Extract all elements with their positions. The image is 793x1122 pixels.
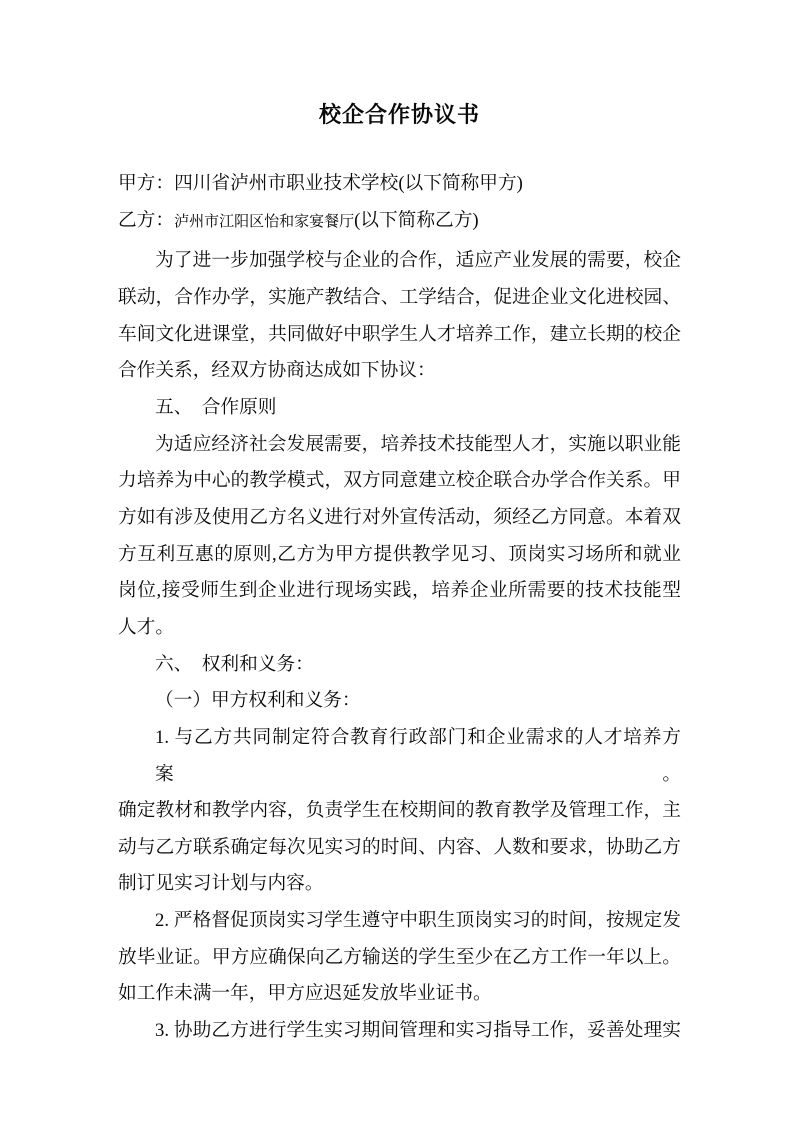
document-line: 联动，合作办学，实施产教结合、工学结合，促进企业文化进校园、	[118, 280, 681, 317]
document-line: 制订见实习计划与内容。	[118, 866, 681, 903]
document-line: 为了进一步加强学校与企业的合作，适应产业发展的需要，校企	[118, 243, 681, 280]
document-line: 2. 严格督促顶岗实习学生遵守中职生顶岗实习的时间，按规定发	[118, 903, 681, 940]
document-line: 确定教材和教学内容，负责学生在校期间的教育教学及管理工作，主	[118, 793, 681, 830]
document-content: 校企合作协议书 甲方：四川省泸州市职业技术学校(以下简称甲方) 乙方：泸州市江阳…	[118, 96, 681, 1050]
party-b-name: 泸州市江阳区怡和家宴餐厅	[174, 214, 354, 230]
document-line: 方如有涉及使用乙方名义进行对外宣传活动，须经乙方同意。本着双	[118, 500, 681, 537]
document-line: 动与乙方联系确定每次见实习的时间、内容、人数和要求，协助乙方	[118, 830, 681, 867]
title-gap	[118, 133, 681, 166]
document-line: 方互利互惠的原则,乙方为甲方提供教学见习、顶岗实习场所和就业	[118, 537, 681, 574]
party-a-line: 甲方：四川省泸州市职业技术学校(以下简称甲方)	[118, 166, 681, 203]
document-line: 力培养为中心的教学模式，双方同意建立校企联合办学合作关系。甲	[118, 463, 681, 500]
document-page: 校企合作协议书 甲方：四川省泸州市职业技术学校(以下简称甲方) 乙方：泸州市江阳…	[0, 0, 793, 1122]
document-line: 放毕业证。甲方应确保向乙方输送的学生至少在乙方工作一年以上。	[118, 940, 681, 977]
party-b-label: 乙方：	[118, 210, 174, 231]
party-b-suffix: (以下简称乙方)	[354, 210, 479, 231]
document-line: 1. 与乙方共同制定符合教育行政部门和企业需求的人才培养方案。	[118, 720, 681, 793]
party-b-line: 乙方：泸州市江阳区怡和家宴餐厅(以下简称乙方)	[118, 203, 681, 241]
document-line: （一）甲方权利和义务：	[118, 683, 681, 720]
document-line: 六、 权利和义务：	[118, 647, 681, 684]
party-a-name: 四川省泸州市职业技术学校	[174, 173, 398, 194]
document-line: 合作关系，经双方协商达成如下协议：	[118, 353, 681, 390]
document-title: 校企合作协议书	[118, 96, 681, 133]
document-line: 人才。	[118, 610, 681, 647]
document-line: 岗位,接受师生到企业进行现场实践，培养企业所需要的技术技能型	[118, 573, 681, 610]
document-line: 3. 协助乙方进行学生实习期间管理和实习指导工作，妥善处理实	[118, 1013, 681, 1050]
document-body: 为了进一步加强学校与企业的合作，适应产业发展的需要，校企联动，合作办学，实施产教…	[118, 243, 681, 1049]
document-line: 车间文化进课堂，共同做好中职学生人才培养工作，建立长期的校企	[118, 317, 681, 354]
document-line: 如工作未满一年，甲方应迟延发放毕业证书。	[118, 976, 681, 1013]
document-line: 五、 合作原则	[118, 390, 681, 427]
party-a-label: 甲方：	[118, 173, 174, 194]
party-a-suffix: (以下简称甲方)	[398, 173, 523, 194]
document-line: 为适应经济社会发展需要，培养技术技能型人才，实施以职业能	[118, 427, 681, 464]
